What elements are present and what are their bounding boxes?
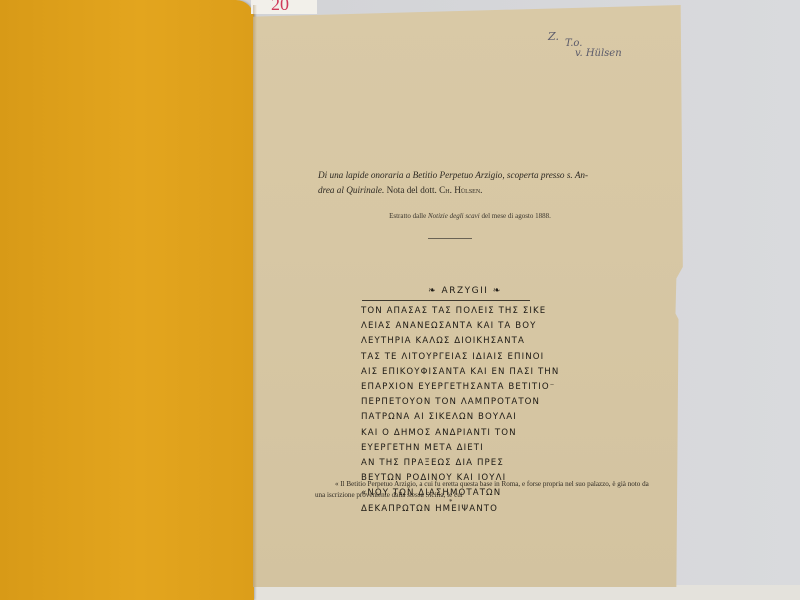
author-name: Ch. Hülsen.: [439, 185, 482, 195]
title-line-1: Di una lapide onoraria a Betitio Perpetu…: [318, 170, 588, 180]
inscription-line: ΤΑΣ ΤΕ ΛΙΤΟΥΡΓΕΙΑΣ ΙΔΙΑΙΣ ΕΠΙΝΟΙ: [361, 350, 561, 365]
inscription-line: ΕΥΕΡΓΕΤΗΝ ΜΕΤΑ ΔΙΕΤΙ: [361, 441, 561, 456]
inscription-rule: [362, 300, 530, 301]
separator-rule: [428, 238, 472, 239]
inscription-line: ΔΕΚΑΠΡΩΤΩΝ ΗΜΕΙΨΑΝΤΟ: [361, 502, 561, 517]
inscription-line: ΚΑΙ Ο ΔΗΜΟΣ ΑΝΔΡΙΑΝΤΙ ΤΟΝ: [361, 426, 561, 441]
handwritten-annotation: Z.: [548, 30, 559, 43]
yellow-cover: [0, 0, 254, 600]
inscription-line: ΛΕΙΑΣ ΑΝΑΝΕΩΣΑΝΤΑ ΚΑΙ ΤΑ ΒΟΥ: [361, 319, 561, 334]
extract-note: Estratto dalle Notizie degli scavi del m…: [320, 212, 620, 220]
inscription-heading: ❧ ARZYGII ❧: [340, 286, 590, 296]
inscription-line: ΠΕΡΠΕΤΟΥΟΝ ΤΟΝ ΛΑΜΠΡΟΤΑΤΟΝ: [361, 395, 561, 410]
document-title: Di una lapide onoraria a Betitio Perpetu…: [318, 168, 636, 198]
inscription-line: ΑΝ ΤΗΣ ΠΡΑΞΕΩΣ ΔΙΑ ΠΡΕΣ: [361, 456, 561, 471]
inscription-line: ΛΕΥΤΗΡΙΑ ΚΑΛΩΣ ΔΙΟΙΚΗΣΑΝΤΑ: [361, 334, 561, 349]
commentary-paragraph: « Il Betitio Perpetuo Arzigio, a cui fu …: [315, 479, 655, 501]
title-line-2: drea al Quirinale.: [318, 185, 384, 195]
lot-number-tag: 20: [251, 0, 317, 14]
lot-number: 20: [271, 0, 289, 15]
handwritten-annotation: v. Hülsen: [575, 48, 622, 59]
inscription-line: ΤΟΝ ΑΠΑΣΑΣ ΤΑΣ ΠΟΛΕΙΣ ΤΗΣ ΣΙΚΕ: [361, 304, 561, 319]
inscription-line: ΑΙΣ ΕΠΙΚΟΥΦΙΣΑΝΤΑ ΚΑΙ ΕΝ ΠΑΣΙ ΤΗΝ: [361, 365, 561, 380]
inscription-line: ΕΠΑΡΧΙΟΝ ΕΥΕΡΓΕΤΗΣΑΝΤΑ ΒΕΤΙΤΙΟ⁻: [361, 380, 561, 395]
page-edge-shadow: [253, 5, 257, 587]
title-nota: Nota del dott.: [384, 185, 439, 195]
page-mark: *: [449, 498, 453, 506]
inscription-line: ΠΑΤΡΩΝΑ ΑΙ ΣΙΚΕΛΩΝ ΒΟΥΛΑΙ: [361, 410, 561, 425]
